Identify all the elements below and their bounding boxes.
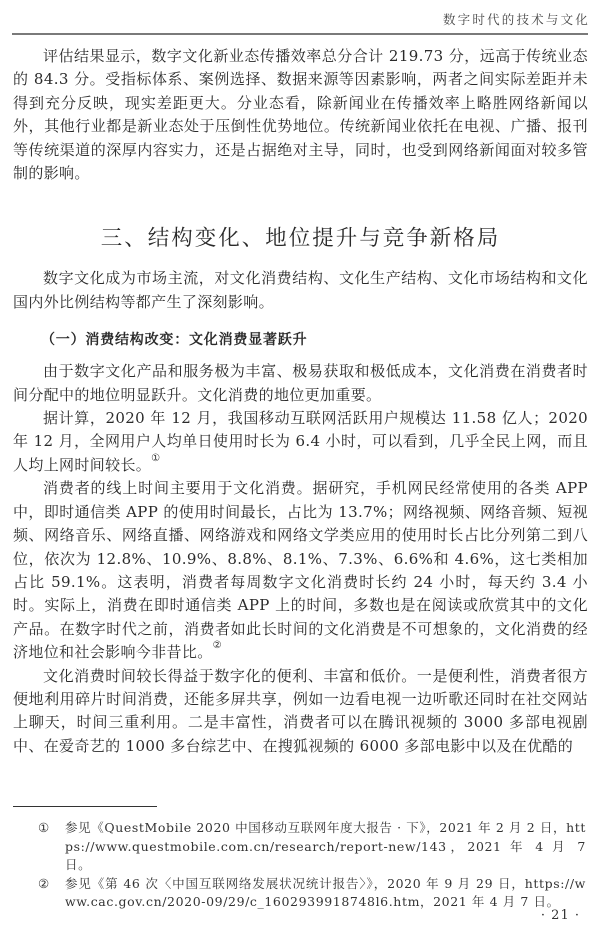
paragraph-text: 消费者的线上时间主要用于文化消费。据研究，手机网民经常使用的各类 APP 中，即… [13,479,588,661]
footnote-1: ① 参见《QuestMobile 2020 中国移动互联网年度大报告 · 下》，… [38,819,586,875]
footnote-text: 参见《第 46 次〈中国互联网络发展状况统计报告〉》，2020 年 9 月 29… [65,875,586,912]
footnote-ref-1[interactable]: ① [151,453,160,464]
paragraph-text: 文化消费时间较长得益于数字化的便利、丰富和低价。一是便利性，消费者很方便地利用碎… [13,667,588,755]
section-title: 三、结构变化、地位提升与竞争新格局 [13,211,588,267]
footnotes: ① 参见《QuestMobile 2020 中国移动互联网年度大报告 · 下》，… [38,819,586,912]
footnote-mark: ② [38,875,65,912]
footnote-text: 参见《QuestMobile 2020 中国移动互联网年度大报告 · 下》，20… [65,819,586,875]
paragraph-evaluation: 评估结果显示，数字文化新业态传播效率总分合计 219.73 分，远高于传统业态的… [13,45,588,185]
header-rule [12,33,588,35]
section-intro: 数字文化成为市场主流，对文化消费结构、文化生产结构、文化市场结构和文化国内外比例… [13,267,588,314]
paragraph-4: 文化消费时间较长得益于数字化的便利、丰富和低价。一是便利性，消费者很方便地利用碎… [13,665,588,759]
paragraph-text: 据计算，2020 年 12 月，我国移动互联网活跃用户规模达 11.58 亿人；… [13,409,588,474]
footnote-2: ② 参见《第 46 次〈中国互联网络发展状况统计报告〉》，2020 年 9 月 … [38,875,586,912]
footnote-separator [13,806,157,807]
document-page: 数字时代的技术与文化 评估结果显示，数字文化新业态传播效率总分合计 219.73… [0,0,600,935]
page-number: · 21 · [541,908,580,923]
body-text: 评估结果显示，数字文化新业态传播效率总分合计 219.73 分，远高于传统业态的… [13,45,588,758]
footnote-mark: ① [38,819,65,875]
paragraph-3: 消费者的线上时间主要用于文化消费。据研究，手机网民经常使用的各类 APP 中，即… [13,477,588,664]
paragraph-text: 由于数字文化产品和服务极为丰富、极易获取和极低成本，文化消费在消费者时间分配中的… [13,362,588,403]
subsection-title: （一）消费结构改变：文化消费显著跃升 [13,328,588,352]
running-header: 数字时代的技术与文化 [443,10,590,28]
paragraph-2: 据计算，2020 年 12 月，我国移动互联网活跃用户规模达 11.58 亿人；… [13,407,588,477]
footnote-ref-2[interactable]: ② [213,640,222,651]
paragraph-1: 由于数字文化产品和服务极为丰富、极易获取和极低成本，文化消费在消费者时间分配中的… [13,360,588,407]
